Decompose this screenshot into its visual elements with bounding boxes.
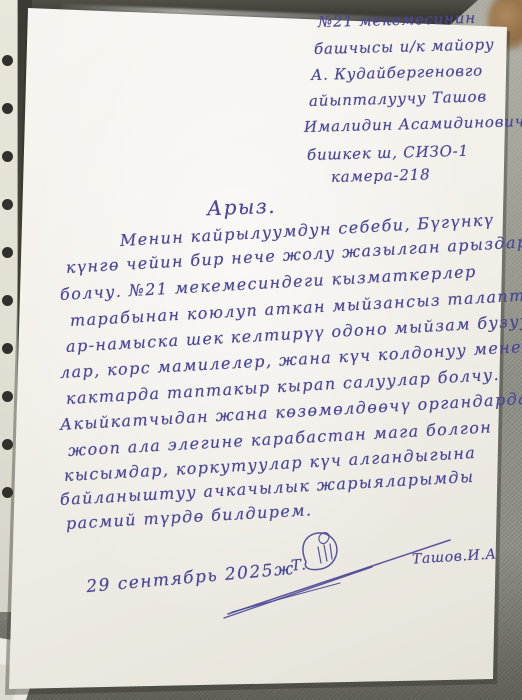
document-title: Арыз. <box>207 194 277 220</box>
recipient-line: камера-218 <box>331 165 431 186</box>
recipient-line: Ималидин Асамидиновичтен <box>304 111 522 136</box>
recipient-line: айыпталуучу Ташов <box>309 87 487 110</box>
recipient-line: №21 мекемесинин <box>318 9 476 31</box>
signature-flourish-icon <box>222 526 457 624</box>
recipient-line: башчысы и/к майору <box>314 35 495 58</box>
handwriting-layer: №21 мекемесинин башчысы и/к майору А. Ку… <box>0 0 522 700</box>
recipient-line: А. Кудайбергеновго <box>311 61 483 83</box>
recipient-line: бишкек ш, СИЗО-1 <box>307 142 469 164</box>
photo-of-handwritten-application: №21 мекемесинин башчысы и/к майору А. Ку… <box>0 0 522 700</box>
